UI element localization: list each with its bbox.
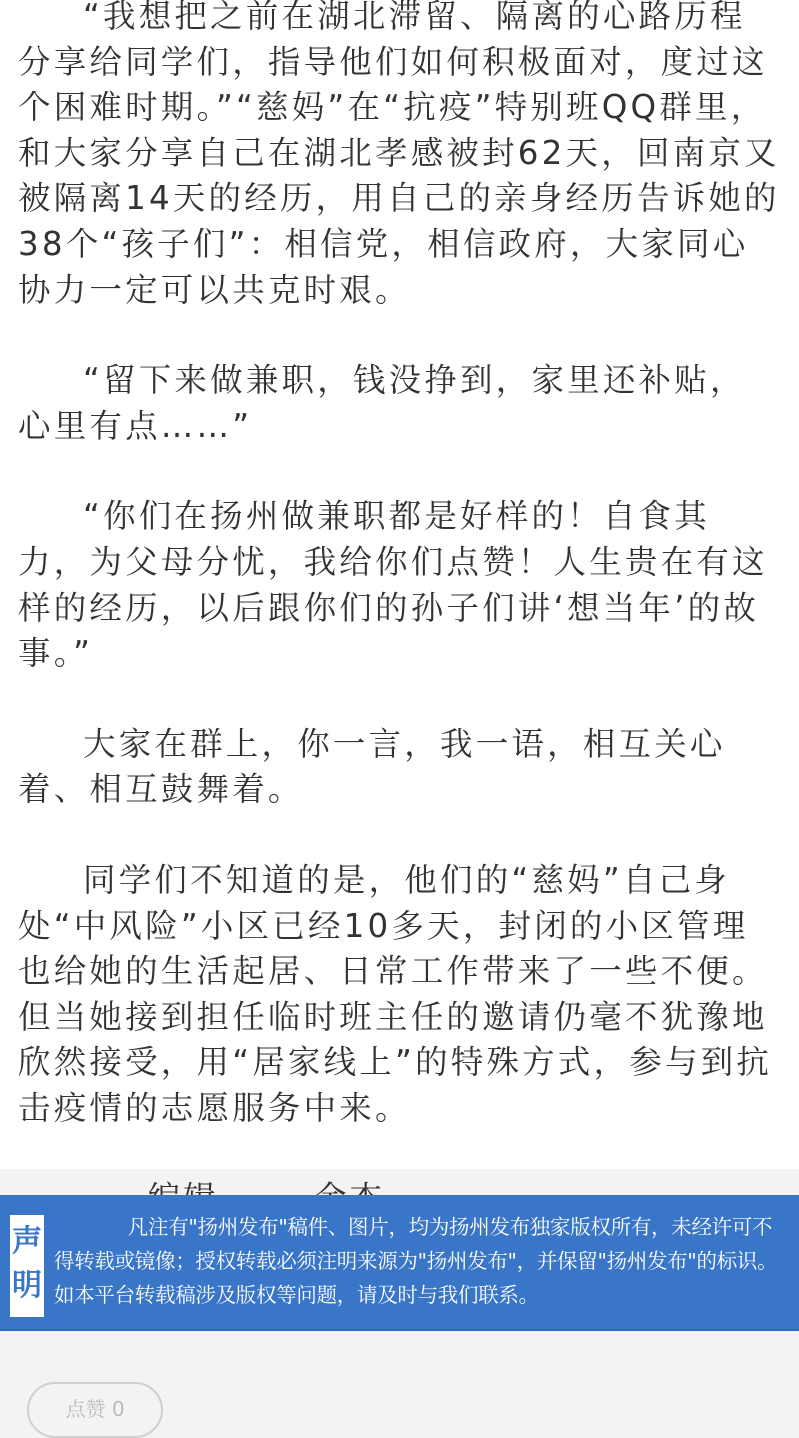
- notice-stamp-icon: 声 明: [10, 1215, 44, 1317]
- article-paragraph: 同学们不知道的是，他们的“慈妈”自己身处“中风险”小区已经10多天，封闭的小区管…: [18, 858, 781, 1132]
- article-paragraph: “留下来做兼职，钱没挣到，家里还补贴，心里有点……”: [18, 358, 781, 449]
- like-button[interactable]: 点赞 0: [27, 1382, 163, 1410]
- copyright-notice-banner: 声 明 凡注有"扬州发布"稿件、图片，均为扬州发布独家版权所有，未经许可不得转载…: [0, 1195, 799, 1331]
- copyright-notice-text: 凡注有"扬州发布"稿件、图片，均为扬州发布独家版权所有，未经许可不得转载或镜像；…: [54, 1210, 782, 1312]
- like-count: 0: [112, 1397, 125, 1410]
- article-body: “我想把之前在湖北滞留、隔离的心路历程分享给同学们，指导他们如何积极面对，度过这…: [0, 0, 799, 1169]
- stamp-char: 明: [10, 1264, 44, 1308]
- article-paragraph: 大家在群上，你一言，我一语，相互关心着、相互鼓舞着。: [18, 722, 781, 813]
- article-paragraph: “你们在扬州做兼职都是好样的！自食其力，为父母分忧，我给你们点赞！人生贵在有这样…: [18, 494, 781, 676]
- like-label: 点赞: [65, 1397, 105, 1410]
- stamp-char: 声: [10, 1220, 44, 1264]
- article-paragraph: “我想把之前在湖北滞留、隔离的心路历程分享给同学们，指导他们如何积极面对，度过这…: [18, 0, 781, 313]
